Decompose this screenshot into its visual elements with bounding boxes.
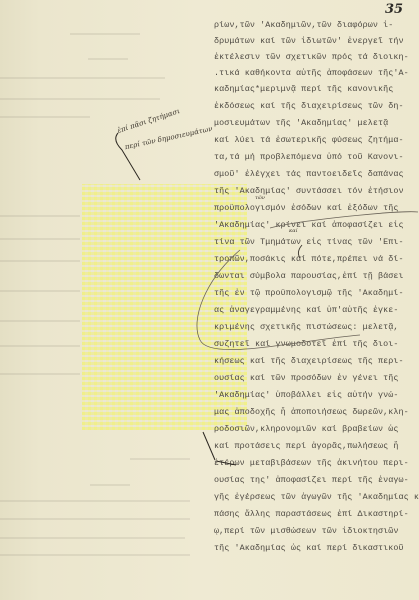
text-line: 'Ακαδημίας' ὑποβάλλει εἰς αὐτήν γνώ- <box>214 388 399 402</box>
text-line: τῆς 'Ακαδημίας ὡς καί περί δικαστικοῦ <box>214 541 404 555</box>
text-line: τῆς 'Ακαδημίας' συντάσσει τόν ἐτήσιον <box>214 184 404 198</box>
text-line: ἑτέρων μεταβιβάσεων τῆς ἀκινήτου περι- <box>214 456 409 470</box>
text-line: μοσιευμάτων τῆς 'Ακαδημίας' μελετᾷ <box>214 116 388 130</box>
insertion-kai: καί <box>289 228 298 234</box>
text-line: ρίων,τῶν 'Ακαδημιῶν,τῶν διαφόρων ἱ- <box>214 18 393 32</box>
text-line: ουσίας καί τῶν προσόδων ἐν γένει τῆς <box>214 371 399 385</box>
insertion-ton: τῶν <box>255 195 265 201</box>
text-line: κριμένης σχετικῆς πιστώσεως: μελετᾷ, <box>214 320 399 334</box>
text-line: προϋπολογισμόν ἐσόδων καί ἐξόδων τῆς <box>214 201 399 215</box>
text-line: τροπῶν,ποσάκις καί πότε,πρέπει νά δί- <box>214 252 404 266</box>
text-line: ἐκτέλεσιν τῶν σχετικῶν πρός τά διοικη- <box>214 50 409 64</box>
text-line: ροδοσιῶν,κληρονομιῶν καί βραβείων ὡς <box>214 422 399 436</box>
text-line: μας ἀποδοχῆς ἤ ἀποποιήσεως δωρεῶν,κλη- <box>214 405 409 419</box>
text-line: ῳ,περί τῶν μισθώσεων τῶν ἰδιοκτησιῶν <box>214 524 399 538</box>
text-line: συζητεῖ καί γνωμοδοτεῖ ἐπί τῆς διοι- <box>214 337 399 351</box>
text-line: καδημίας*μεριμνᾷ περί τῆς κανονικῆς <box>214 82 393 96</box>
document-page: 35 ρίων,τῶν 'Ακαδημιῶν,τῶν διαφόρων ἱ- δ… <box>0 0 419 600</box>
text-line: ας ἀναγεγραμμένης καί ὑπ'αὐτῆς ἐγκε- <box>214 303 399 317</box>
text-line: κήσεως καί τῆς διαχειρίσεως τῆς περι- <box>214 354 404 368</box>
text-line: τίνα τῶν Τμημάτων εἰς τίνας τῶν 'Επι- <box>214 235 404 249</box>
text-line: σμοῦ' ἐλέγχει τάς παντοειδεῖς δαπάνας <box>214 167 404 181</box>
text-line: 'Ακαδημίας' κρίνει καί ἀποφασίζει εἰς <box>214 218 404 232</box>
text-line: ἐκδόσεως καί τῆς διαχειρίσεως τῶν δη- <box>214 99 404 113</box>
text-line: ουσίας της' ἀποφασίζει περί τῆς ἐναγω- <box>214 473 409 487</box>
text-line: καί προτάσεις περί ἀγορᾶς,πωλήσεως ἤ <box>214 439 399 453</box>
text-line: τῆς ἐν τῷ προϋπολογισμῷ τῆς 'Ακαδημί- <box>214 286 404 300</box>
text-line: τα,τά μή προβλεπόμενα ὑπό τοῦ Κανονι- <box>214 150 404 164</box>
text-line: δωνται σύμβολα παρουσίας,ἐπί τῇ βάσει <box>214 269 404 283</box>
text-line: .τικά καθήκοντα αὐτῆς ἀποφάσεων τῆς'Α- <box>214 66 409 80</box>
page-number: 35 <box>385 2 403 17</box>
text-line: γῆς ἐγέρσεως τῶν ἀγωγῶν τῆς 'Ακαδημίας κ… <box>214 490 419 504</box>
text-line: δρυμάτων καί τῶν ἰδιωτῶν' ἐνεργεῖ τήν <box>214 34 404 48</box>
text-line: πάσης ἄλλης παραστάσεως ἐπί Δικαστηρί- <box>214 507 409 521</box>
text-line: καί λύει τά ἐσωτερικῆς φύσεως ζητήμα- <box>214 133 404 147</box>
